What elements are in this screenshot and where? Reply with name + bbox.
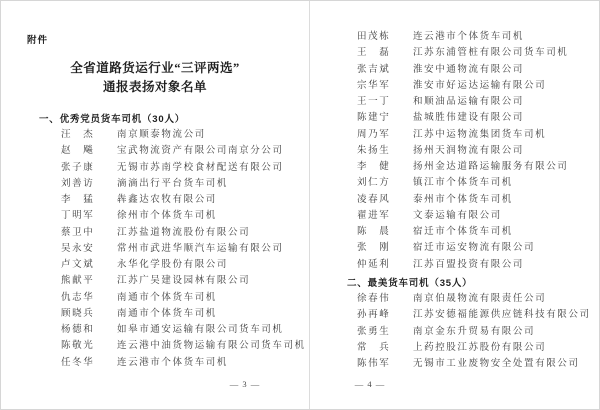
list-item: 陈建宁盐城胜伟建设有限公司 — [357, 110, 595, 126]
driver-company: 江苏安德福能源供应链科技有限公司 — [413, 307, 595, 323]
list-item: 王 磊江苏东浦管桩有限公司货车司机 — [357, 45, 595, 61]
driver-name: 翟进军 — [357, 208, 413, 224]
list-item: 李 健扬州金达道路运输服务有限公司 — [357, 159, 595, 175]
list-item: 张 刚宿迁市运安物流有限公司 — [357, 240, 595, 256]
driver-company: 南通市个体货车司机 — [117, 290, 299, 306]
driver-name: 孙再峰 — [357, 307, 413, 323]
driver-name: 吴永安 — [61, 241, 117, 257]
driver-name: 田茂栋 — [357, 29, 413, 45]
list-item: 张子康无锡市苏南学校食材配送有限公司 — [61, 160, 299, 176]
driver-company: 犇鑫达农牧有限公司 — [117, 192, 299, 208]
driver-name: 赵 飚 — [61, 143, 117, 159]
driver-company: 宝武物流资产有限公司南京分公司 — [117, 143, 299, 159]
driver-name: 卢文斌 — [61, 257, 117, 273]
driver-company: 江苏百盟投资有限公司 — [413, 257, 595, 273]
driver-company: 淮安中通物流有限公司 — [413, 62, 595, 78]
driver-name: 张子康 — [61, 160, 117, 176]
driver-name: 丁明军 — [61, 208, 117, 224]
page-number-4: — 4 — — [348, 379, 392, 389]
driver-name: 杨德和 — [61, 322, 117, 338]
driver-name: 仇志华 — [61, 290, 117, 306]
driver-company: 无锡市苏南学校食材配送有限公司 — [117, 160, 299, 176]
list-item: 常 兵上药控股江苏股份有限公司 — [357, 340, 595, 356]
list-item: 丁明军徐州市个体货车司机 — [61, 208, 299, 224]
list-item: 王一丁和顺油品运输有限公司 — [357, 94, 595, 110]
driver-company: 南京顺泰物流公司 — [117, 127, 299, 143]
driver-name: 张勇生 — [357, 324, 413, 340]
driver-name: 张 刚 — [357, 240, 413, 256]
driver-name: 王 磊 — [357, 45, 413, 61]
driver-company: 扬州金达道路运输服务有限公司 — [413, 159, 595, 175]
driver-company: 无锡市工业废物安全处置有限公司 — [413, 356, 595, 372]
driver-list-page4-section2: 徐春伟南京伯晟物流有限责任公司孙再峰江苏安德福能源供应链科技有限公司张勇生南京金… — [357, 291, 595, 372]
list-item: 陈伟军无锡市工业废物安全处置有限公司 — [357, 356, 595, 372]
driver-company: 江苏广吴建设园林有限公司 — [117, 273, 299, 289]
driver-company: 江苏盐道物流股份有限公司 — [117, 225, 299, 241]
page-divider — [309, 1, 310, 410]
list-item: 陈敬光连云港中油货物运输有限公司货车司机 — [61, 338, 299, 354]
driver-name: 顾晓兵 — [61, 306, 117, 322]
driver-name: 李 猛 — [61, 192, 117, 208]
attachment-label: 附件 — [27, 32, 48, 46]
list-item: 翟进军文泰运输有限公司 — [357, 208, 595, 224]
driver-company: 常州市武进华顺汽车运输有限公司 — [117, 241, 299, 257]
list-item: 任冬华连云港市个体货车司机 — [61, 355, 299, 371]
driver-company: 宿迁市个体货车司机 — [413, 224, 595, 240]
driver-company: 连云港市个体货车司机 — [117, 355, 299, 371]
driver-name: 陈敬光 — [61, 338, 117, 354]
list-item: 凌春风泰州市个体货车司机 — [357, 192, 595, 208]
driver-name: 陈 晨 — [357, 224, 413, 240]
driver-name: 朱扬生 — [357, 143, 413, 159]
list-item: 张吉斌淮安中通物流有限公司 — [357, 62, 595, 78]
driver-company: 江苏东浦管桩有限公司货车司机 — [413, 45, 595, 61]
list-item: 汪 杰南京顺泰物流公司 — [61, 127, 299, 143]
list-item: 蔡卫中江苏盐道物流股份有限公司 — [61, 225, 299, 241]
section2-header: 二、最美货车司机（35人） — [347, 275, 472, 289]
driver-company: 南京金东升贸易有限公司 — [413, 324, 595, 340]
driver-name: 周乃军 — [357, 127, 413, 143]
list-item: 张勇生南京金东升贸易有限公司 — [357, 324, 595, 340]
list-item: 仇志华南通市个体货车司机 — [61, 290, 299, 306]
driver-company: 扬州天润物流有限公司 — [413, 143, 595, 159]
driver-company: 滴滴出行平台货车司机 — [117, 176, 299, 192]
driver-name: 陈建宁 — [357, 110, 413, 126]
driver-company: 徐州市个体货车司机 — [117, 208, 299, 224]
driver-name: 凌春风 — [357, 192, 413, 208]
driver-name: 刘善访 — [61, 176, 117, 192]
driver-list-page3: 汪 杰南京顺泰物流公司赵 飚宝武物流资产有限公司南京分公司张子康无锡市苏南学校食… — [61, 127, 299, 371]
driver-company: 和顺油品运输有限公司 — [413, 94, 595, 110]
driver-company: 淮安市好运达运输有限公司 — [413, 78, 595, 94]
list-item: 赵 飚宝武物流资产有限公司南京分公司 — [61, 143, 299, 159]
page-number-3: — 3 — — [223, 379, 267, 389]
driver-company: 镇江市个体货车司机 — [413, 175, 595, 191]
list-item: 顾晓兵南通市个体货车司机 — [61, 306, 299, 322]
document-title: 全省道路货运行业“三评两选” 通报表扬对象名单 — [21, 59, 289, 97]
driver-name: 张吉斌 — [357, 62, 413, 78]
driver-name: 宗华军 — [357, 78, 413, 94]
driver-name: 任冬华 — [61, 355, 117, 371]
driver-name: 常 兵 — [357, 340, 413, 356]
driver-name: 蔡卫中 — [61, 225, 117, 241]
driver-company: 如皋市通安运输有限公司货车司机 — [117, 322, 299, 338]
list-item: 刘仁方镇江市个体货车司机 — [357, 175, 595, 191]
list-item: 朱扬生扬州天润物流有限公司 — [357, 143, 595, 159]
list-item: 刘善访滴滴出行平台货车司机 — [61, 176, 299, 192]
driver-name: 汪 杰 — [61, 127, 117, 143]
driver-company: 上药控股江苏股份有限公司 — [413, 340, 595, 356]
list-item: 孙再峰江苏安德福能源供应链科技有限公司 — [357, 307, 595, 323]
list-item: 杨德和如皋市通安运输有限公司货车司机 — [61, 322, 299, 338]
driver-name: 仲延利 — [357, 257, 413, 273]
list-item: 田茂栋连云港市个体货车司机 — [357, 29, 595, 45]
list-item: 卢文斌永华化学股份有限公司 — [61, 257, 299, 273]
list-item: 熊献平江苏广吴建设园林有限公司 — [61, 273, 299, 289]
driver-name: 刘仁方 — [357, 175, 413, 191]
driver-company: 江苏中运物流集团货车司机 — [413, 127, 595, 143]
list-item: 徐春伟南京伯晟物流有限责任公司 — [357, 291, 595, 307]
list-item: 周乃军江苏中运物流集团货车司机 — [357, 127, 595, 143]
list-item: 吴永安常州市武进华顺汽车运输有限公司 — [61, 241, 299, 257]
driver-name: 徐春伟 — [357, 291, 413, 307]
driver-name: 王一丁 — [357, 94, 413, 110]
list-item: 宗华军淮安市好运达运输有限公司 — [357, 78, 595, 94]
driver-company: 连云港中油货物运输有限公司货车司机 — [117, 338, 306, 354]
driver-name: 陈伟军 — [357, 356, 413, 372]
list-item: 仲延利江苏百盟投资有限公司 — [357, 257, 595, 273]
document-canvas: 附件 全省道路货运行业“三评两选” 通报表扬对象名单 一、优秀党员货车司机（30… — [0, 0, 600, 410]
driver-company: 盐城胜伟建设有限公司 — [413, 110, 595, 126]
driver-company: 泰州市个体货车司机 — [413, 192, 595, 208]
driver-company: 连云港市个体货车司机 — [413, 29, 595, 45]
driver-company: 南通市个体货车司机 — [117, 306, 299, 322]
driver-name: 李 健 — [357, 159, 413, 175]
driver-company: 文泰运输有限公司 — [413, 208, 595, 224]
title-line-1: 全省道路货运行业“三评两选” — [21, 59, 289, 78]
title-line-2: 通报表扬对象名单 — [21, 78, 289, 97]
list-item: 陈 晨宿迁市个体货车司机 — [357, 224, 595, 240]
driver-list-page4-section1: 田茂栋连云港市个体货车司机王 磊江苏东浦管桩有限公司货车司机张吉斌淮安中通物流有… — [357, 29, 595, 273]
section1-header: 一、优秀党员货车司机（30人） — [39, 111, 185, 125]
driver-name: 熊献平 — [61, 273, 117, 289]
driver-company: 宿迁市运安物流有限公司 — [413, 240, 595, 256]
driver-company: 南京伯晟物流有限责任公司 — [413, 291, 595, 307]
driver-company: 永华化学股份有限公司 — [117, 257, 299, 273]
list-item: 李 猛犇鑫达农牧有限公司 — [61, 192, 299, 208]
